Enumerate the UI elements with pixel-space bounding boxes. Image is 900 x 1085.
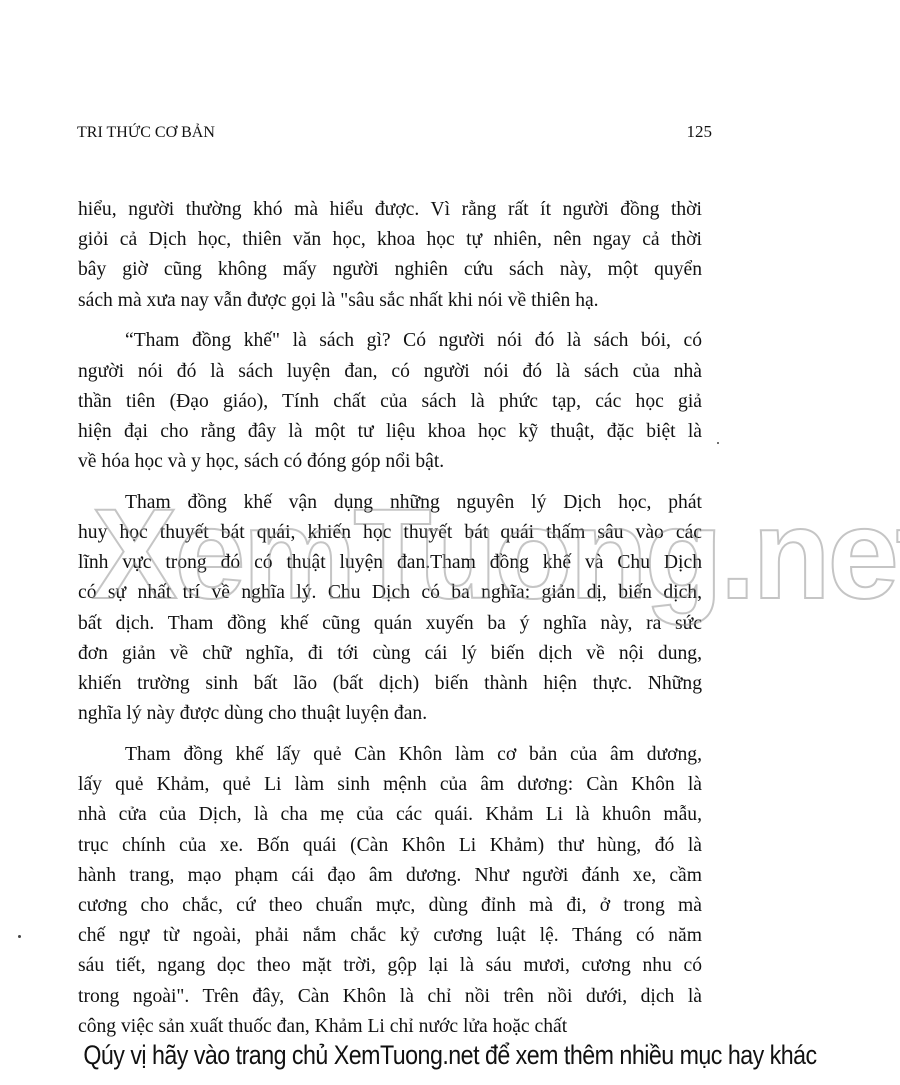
text-line: cương cho chắc, cứ theo chuẩn mực, dùng …: [78, 891, 702, 921]
text-line: lấy quẻ Khảm, quẻ Li làm sinh mệnh của â…: [78, 770, 702, 800]
text-line: lĩnh vực trong đó có thuật luyện đan.Tha…: [78, 548, 702, 578]
text-line: nhà cửa của Dịch, là cha mẹ của các quái…: [78, 800, 702, 830]
scan-speck: [717, 442, 719, 444]
text-line: Tham đồng khế vận dụng những nguyên lý D…: [78, 488, 702, 518]
text-line: huy học thuyết bát quái, khiến học thuyế…: [78, 518, 702, 548]
paragraph: “Tham đồng khế" là sách gì? Có người nói…: [78, 326, 702, 477]
text-line: trong ngoài". Trên đây, Càn Khôn là chỉ …: [78, 982, 702, 1012]
text-line: bất dịch. Tham đồng khế cũng quán xuyến …: [78, 609, 702, 639]
text-line: trục chính của xe. Bốn quái (Càn Khôn Li…: [78, 831, 702, 861]
text-line: Tham đồng khế lấy quẻ Càn Khôn làm cơ bả…: [78, 740, 702, 770]
text-line: người nói đó là sách luyện đan, có người…: [78, 357, 702, 387]
text-line: sách mà xưa nay vẫn được gọi là "sâu sắc…: [78, 286, 702, 316]
paragraph: Tham đồng khế lấy quẻ Càn Khôn làm cơ bả…: [78, 740, 702, 1042]
text-line: có sự nhất trí về nghĩa lý. Chu Dịch có …: [78, 578, 702, 608]
paragraph: Tham đồng khế vận dụng những nguyên lý D…: [78, 488, 702, 730]
text-line: chế ngự từ ngoài, phải nắm chắc kỷ cương…: [78, 921, 702, 951]
page-number: 125: [687, 122, 713, 142]
text-line: công việc sản xuất thuốc đan, Khảm Li ch…: [78, 1012, 702, 1042]
text-line: bây giờ cũng không mấy người nghiên cứu …: [78, 255, 702, 285]
body-text: hiểu, người thường khó mà hiểu được. Vì …: [78, 195, 702, 1042]
scan-speck: [18, 935, 21, 938]
text-line: giỏi cả Dịch học, thiên văn học, khoa họ…: [78, 225, 702, 255]
text-line: khiến trường sinh bất lão (bất dịch) biế…: [78, 669, 702, 699]
text-line: “Tham đồng khế" là sách gì? Có người nói…: [78, 326, 702, 356]
text-line: hiện đại cho rằng đây là một tư liệu kho…: [78, 417, 702, 447]
running-title: TRI THỨC CƠ BẢN: [77, 124, 215, 142]
text-line: nghĩa lý này được dùng cho thuật luyện đ…: [78, 699, 702, 729]
paragraph: hiểu, người thường khó mà hiểu được. Vì …: [78, 195, 702, 316]
text-line: hành trang, mạo phạm cái đạo âm dương. N…: [78, 861, 702, 891]
text-line: đơn giản về chữ nghĩa, đi tới cùng cái l…: [78, 639, 702, 669]
text-line: sáu tiết, ngang dọc theo mặt trời, gộp l…: [78, 951, 702, 981]
book-page: TRI THỨC CƠ BẢN 125 hiểu, người thường k…: [0, 0, 900, 1085]
text-line: về hóa học và y học, sách có đóng góp nổ…: [78, 447, 702, 477]
site-promo-banner: Qúy vị hãy vào trang chủ XemTuong.net để…: [63, 1040, 837, 1071]
text-line: hiểu, người thường khó mà hiểu được. Vì …: [78, 195, 702, 225]
text-line: thần tiên (Đạo giáo), Tính chất của sách…: [78, 387, 702, 417]
